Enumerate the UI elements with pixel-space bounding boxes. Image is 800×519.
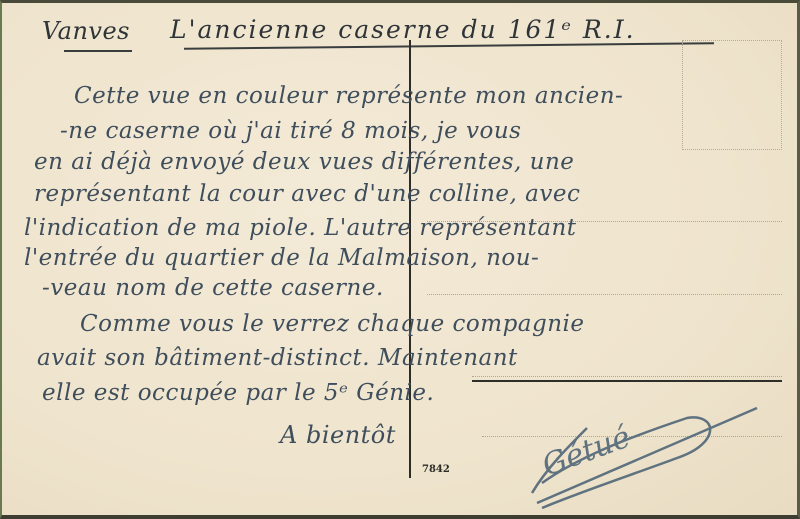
- address-line-2: [427, 294, 782, 295]
- message-line: en ai déjà envoyé deux vues différentes,…: [34, 149, 574, 175]
- message-line: Comme vous le verrez chaque compagnie: [80, 311, 585, 337]
- place-name: Vanves: [42, 17, 130, 45]
- address-solid-line: [472, 380, 782, 382]
- place-underline: [64, 50, 132, 52]
- message-line: -veau nom de cette caserne.: [42, 275, 384, 301]
- message-line: Cette vue en couleur représente mon anci…: [74, 83, 623, 109]
- caption-title: L'ancienne caserne du 161ᵉ R.I.: [170, 15, 636, 44]
- message-line: -ne caserne où j'ai tiré 8 mois, je vous: [60, 118, 521, 144]
- message-line: l'entrée du quartier de la Malmaison, no…: [24, 245, 539, 271]
- address-line-3: [472, 376, 782, 377]
- signature-flourish: Gétué: [507, 388, 787, 513]
- stamp-box: [682, 40, 782, 150]
- message-line: représentant la cour avec d'une colline,…: [34, 181, 580, 207]
- printed-number: 7842: [422, 464, 450, 475]
- closing-text: A bientôt: [280, 421, 396, 449]
- message-line: elle est occupée par le 5ᵉ Génie.: [42, 380, 434, 406]
- message-line: l'indication de ma piole. L'autre représ…: [24, 215, 577, 241]
- postcard-back: Vanves L'ancienne caserne du 161ᵉ R.I. 7…: [0, 0, 800, 519]
- message-line: avait son bâtiment-distinct. Maintenant: [37, 345, 518, 371]
